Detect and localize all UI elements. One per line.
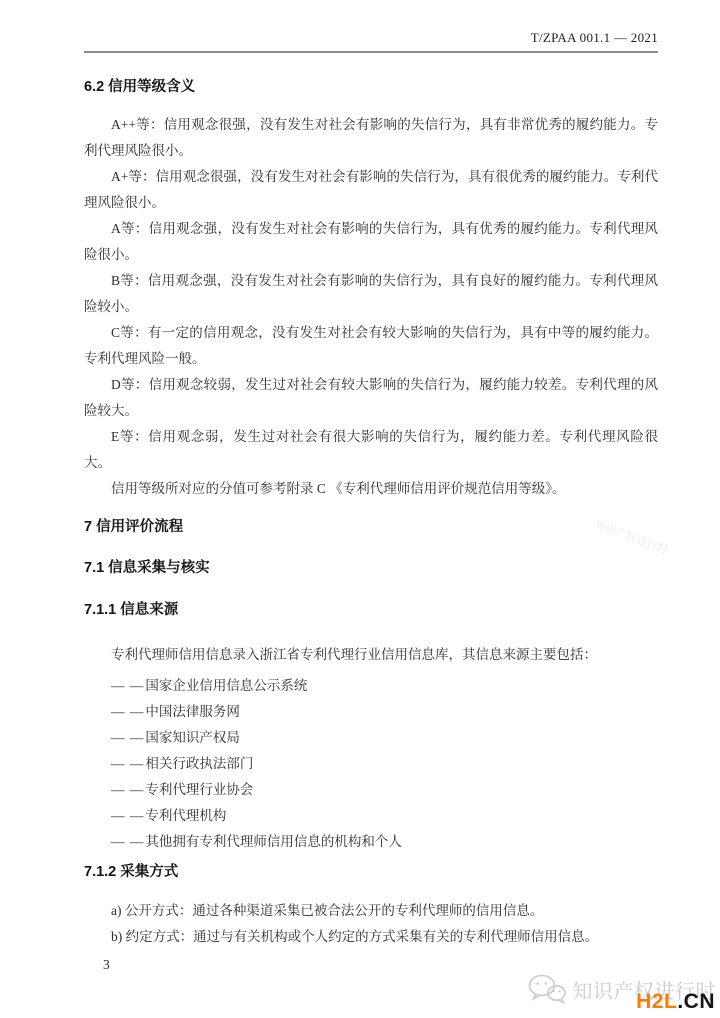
grade-paragraphs: A++等：信用观念很强，没有发生对社会有影响的失信行为，具有非常优秀的履约能力。… (84, 112, 658, 502)
list-item: — —中国法律服务网 (84, 699, 658, 725)
list-dash: — — (111, 808, 144, 823)
list-item: — —相关行政执法部门 (84, 751, 658, 777)
list-dash: — — (111, 704, 144, 719)
list-item: — —其他拥有专利代理师信用信息的机构和个人 (84, 829, 658, 855)
method-paragraph: b) 约定方式：通过与有关机构或个人约定的方式采集有关的专利代理师信用信息。 (84, 924, 658, 950)
grade-paragraph: D等：信用观念较弱，发生过对社会有较大影响的失信行为，履约能力较差。专利代理的风… (84, 372, 658, 424)
list-item: — —专利代理行业协会 (84, 777, 658, 803)
sources-intro: 专利代理师信用信息录入浙江省专利代理行业信用信息库，其信息来源主要包括： (84, 642, 658, 668)
list-dash: — — (111, 834, 144, 849)
source-label: 专利代理机构 (145, 808, 226, 823)
method-paragraph: a) 公开方式：通过各种渠道采集已被合法公开的专利代理师的信用信息。 (84, 898, 658, 924)
list-item: — —专利代理机构 (84, 803, 658, 829)
standard-ref: T/ZPAA 001.1 — 2021 (84, 0, 658, 46)
grade-note: 信用等级所对应的分值可参考附录 C 《专利代理师信用评价规范信用等级》。 (84, 476, 658, 502)
brand-domain-primary: H2L (636, 990, 677, 1013)
collection-methods: a) 公开方式：通过各种渠道采集已被合法公开的专利代理师的信用信息。 b) 约定… (84, 898, 658, 950)
brand-domain: H2L.CN (636, 990, 715, 1014)
list-dash: — — (111, 678, 144, 693)
grade-paragraph: B等：信用观念强，没有发生对社会有影响的失信行为，具有良好的履约能力。专利代理风… (84, 268, 658, 320)
source-list: — —国家企业信用信息公示系统 — —中国法律服务网 — —国家知识产权局 — … (84, 673, 658, 855)
section-heading-7-1: 7.1 信息采集与核实 (84, 560, 658, 577)
wechat-icon (528, 974, 566, 1004)
list-dash: — — (111, 756, 144, 771)
section-heading-7-1-2: 7.1.2 采集方式 (84, 864, 658, 881)
source-label: 国家企业信用信息公示系统 (145, 678, 307, 693)
header-rule (84, 51, 658, 53)
grade-paragraph: A++等：信用观念很强，没有发生对社会有影响的失信行为，具有非常优秀的履约能力。… (84, 112, 658, 164)
list-dash: — — (111, 782, 144, 797)
source-label: 中国法律服务网 (145, 704, 240, 719)
brand-domain-suffix: .CN (677, 990, 715, 1013)
source-label: 其他拥有专利代理师信用信息的机构和个人 (145, 834, 402, 849)
page-number: 3 (103, 957, 658, 973)
grade-paragraph: A等：信用观念强，没有发生对社会有影响的失信行为，具有优秀的履约能力。专利代理风… (84, 216, 658, 268)
section-heading-7-1-1: 7.1.1 信息来源 (84, 602, 658, 619)
list-item: — —国家知识产权局 (84, 725, 658, 751)
grade-paragraph: E等：信用观念弱，发生过对社会有很大影响的失信行为，履约能力差。专利代理风险很大… (84, 424, 658, 476)
source-label: 相关行政执法部门 (145, 756, 253, 771)
source-label: 国家知识产权局 (145, 730, 240, 745)
grade-paragraph: A+等：信用观念很强，没有发生对社会有影响的失信行为，具有很优秀的履约能力。专利… (84, 164, 658, 216)
source-label: 专利代理行业协会 (145, 782, 253, 797)
grade-paragraph: C等：有一定的信用观念，没有发生对社会有较大影响的失信行为，具有中等的履约能力。… (84, 320, 658, 372)
brand-watermark: 知识产权进行时 H2L.CN (528, 974, 717, 1004)
section-heading-6-2: 6.2 信用等级含义 (84, 79, 658, 96)
document-body: 6.2 信用等级含义 A++等：信用观念很强，没有发生对社会有影响的失信行为，具… (84, 79, 658, 973)
list-dash: — — (111, 730, 144, 745)
section-heading-7: 7 信用评价流程 (84, 519, 658, 536)
list-item: — —国家企业信用信息公示系统 (84, 673, 658, 699)
